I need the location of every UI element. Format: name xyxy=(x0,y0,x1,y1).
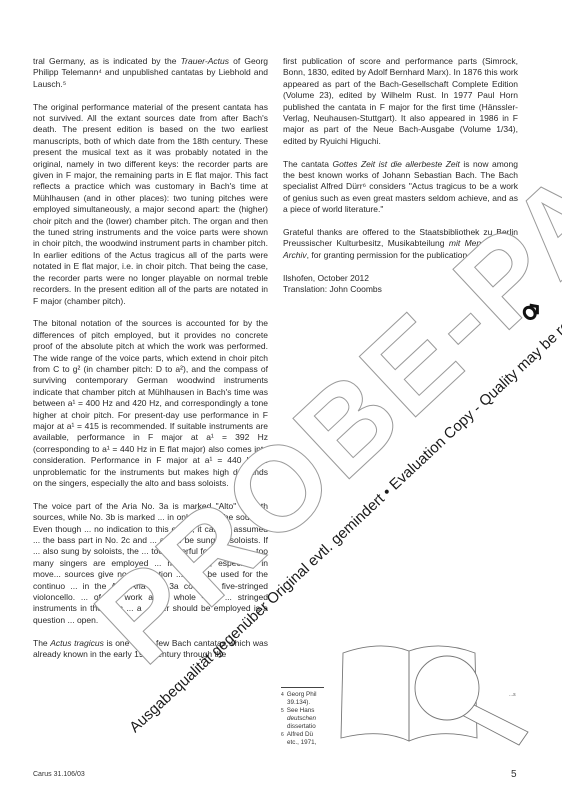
footnote-5: 5See Hans deutschen dissertatio xyxy=(281,707,326,731)
paragraph-acknowledgements: Grateful thanks are offered to the Staat… xyxy=(283,227,518,261)
paragraph-performance-material: The original performance material of the… xyxy=(33,102,268,307)
page-number: 5 xyxy=(511,769,517,780)
left-column: tral Germany, as is indicated by the Tra… xyxy=(33,56,268,672)
document-page: tral Germany, as is indicated by the Tra… xyxy=(0,0,562,800)
footnote-rule xyxy=(281,687,324,688)
signature-place-date: Ilshofen, October 2012 xyxy=(283,273,518,284)
paragraph-aria-voice-part: The voice part of the Aria No. 3a is mar… xyxy=(33,501,268,626)
catalog-number: Carus 31.106/03 xyxy=(33,771,85,778)
footnote-fragment: ...s xyxy=(509,692,516,698)
paragraph-telemann: tral Germany, as is indicated by the Tra… xyxy=(33,56,268,90)
book-magnifier-icon xyxy=(341,646,528,745)
paragraph-gottes-zeit: The cantata Gottes Zeit ist die allerbes… xyxy=(283,159,518,216)
footnote-4: 4Georg Phil 39.134). xyxy=(281,691,326,707)
paragraph-first-publication: first publication of score and performan… xyxy=(283,56,518,147)
footnote-6: 6Alfred Dü etc., 1971, xyxy=(281,731,326,747)
carus-logo-icon xyxy=(521,300,543,322)
footnotes: 4Georg Phil 39.134). 5See Hans deutschen… xyxy=(281,687,326,747)
paragraph-bitonal-notation: The bitonal notation of the sources is a… xyxy=(33,318,268,489)
signature-translator: Translation: John Coombs xyxy=(283,284,518,295)
paragraph-actus-tragicus: The Actus tragicus is one of the few Bac… xyxy=(33,638,268,661)
right-column: first publication of score and performan… xyxy=(283,56,518,295)
